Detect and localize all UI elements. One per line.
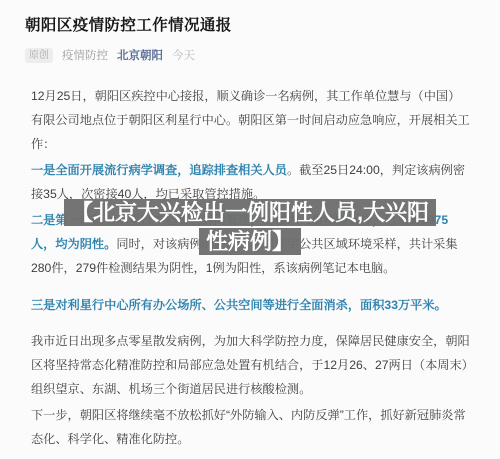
- article-body: 12月25日，朝阳区疾控中心接报，顺义确诊一名病例，其工作单位慧与（中国）有限公…: [0, 63, 500, 451]
- paragraph: 三是对利星行中心所有办公场所、公共空间等进行全面消杀，面积33万平米。: [31, 293, 472, 317]
- headline-overlay-text: 【北京大兴检出一例阳性人员,大兴阳性病例】: [64, 199, 436, 255]
- account-link[interactable]: 北京朝阳: [117, 47, 163, 63]
- article-page: 朝阳区疫情防控工作情况通报 原创 疫情防控 北京朝阳 今天 12月25日，朝阳区…: [0, 0, 500, 459]
- page-title: 朝阳区疫情防控工作情况通报: [25, 15, 475, 36]
- highlight-text: 三是对利星行中心所有办公场所、公共空间等进行全面消杀，面积33万平米。: [31, 298, 447, 312]
- paragraph: 下一步，朝阳区将继续毫不放松抓好“外防输入、内防反弹”工作，抓好新冠肺炎常态化、…: [31, 403, 472, 451]
- article-meta: 原创 疫情防控 北京朝阳 今天: [25, 47, 475, 63]
- paragraph: 我市近日出现多点零星散发病例，为加大科学防控力度，保障居民健康安全，朝阳区将坚持…: [31, 329, 472, 401]
- body-text: 我市近日出现多点零星散发病例，为加大科学防控力度，保障居民健康安全，朝阳区将坚持…: [31, 334, 470, 396]
- highlight-text: 一是全面开展流行病学调查，追踪排查相关人员: [31, 163, 287, 177]
- headline-overlay: 【北京大兴检出一例阳性人员,大兴阳性病例】: [59, 198, 441, 256]
- original-badge: 原创: [25, 48, 53, 63]
- publish-time: 今天: [172, 47, 195, 63]
- topic-tag[interactable]: 疫情防控: [62, 47, 108, 63]
- article-header: 朝阳区疫情防控工作情况通报 原创 疫情防控 北京朝阳 今天: [0, 0, 500, 63]
- body-text: 下一步，朝阳区将继续毫不放松抓好“外防输入、内防反弹”工作，抓好新冠肺炎常态化、…: [31, 408, 466, 446]
- body-text: 12月25日，朝阳区疾控中心接报，顺义确诊一名病例，其工作单位慧与（中国）有限公…: [31, 89, 470, 151]
- paragraph: 12月25日，朝阳区疾控中心接报，顺义确诊一名病例，其工作单位慧与（中国）有限公…: [31, 84, 472, 156]
